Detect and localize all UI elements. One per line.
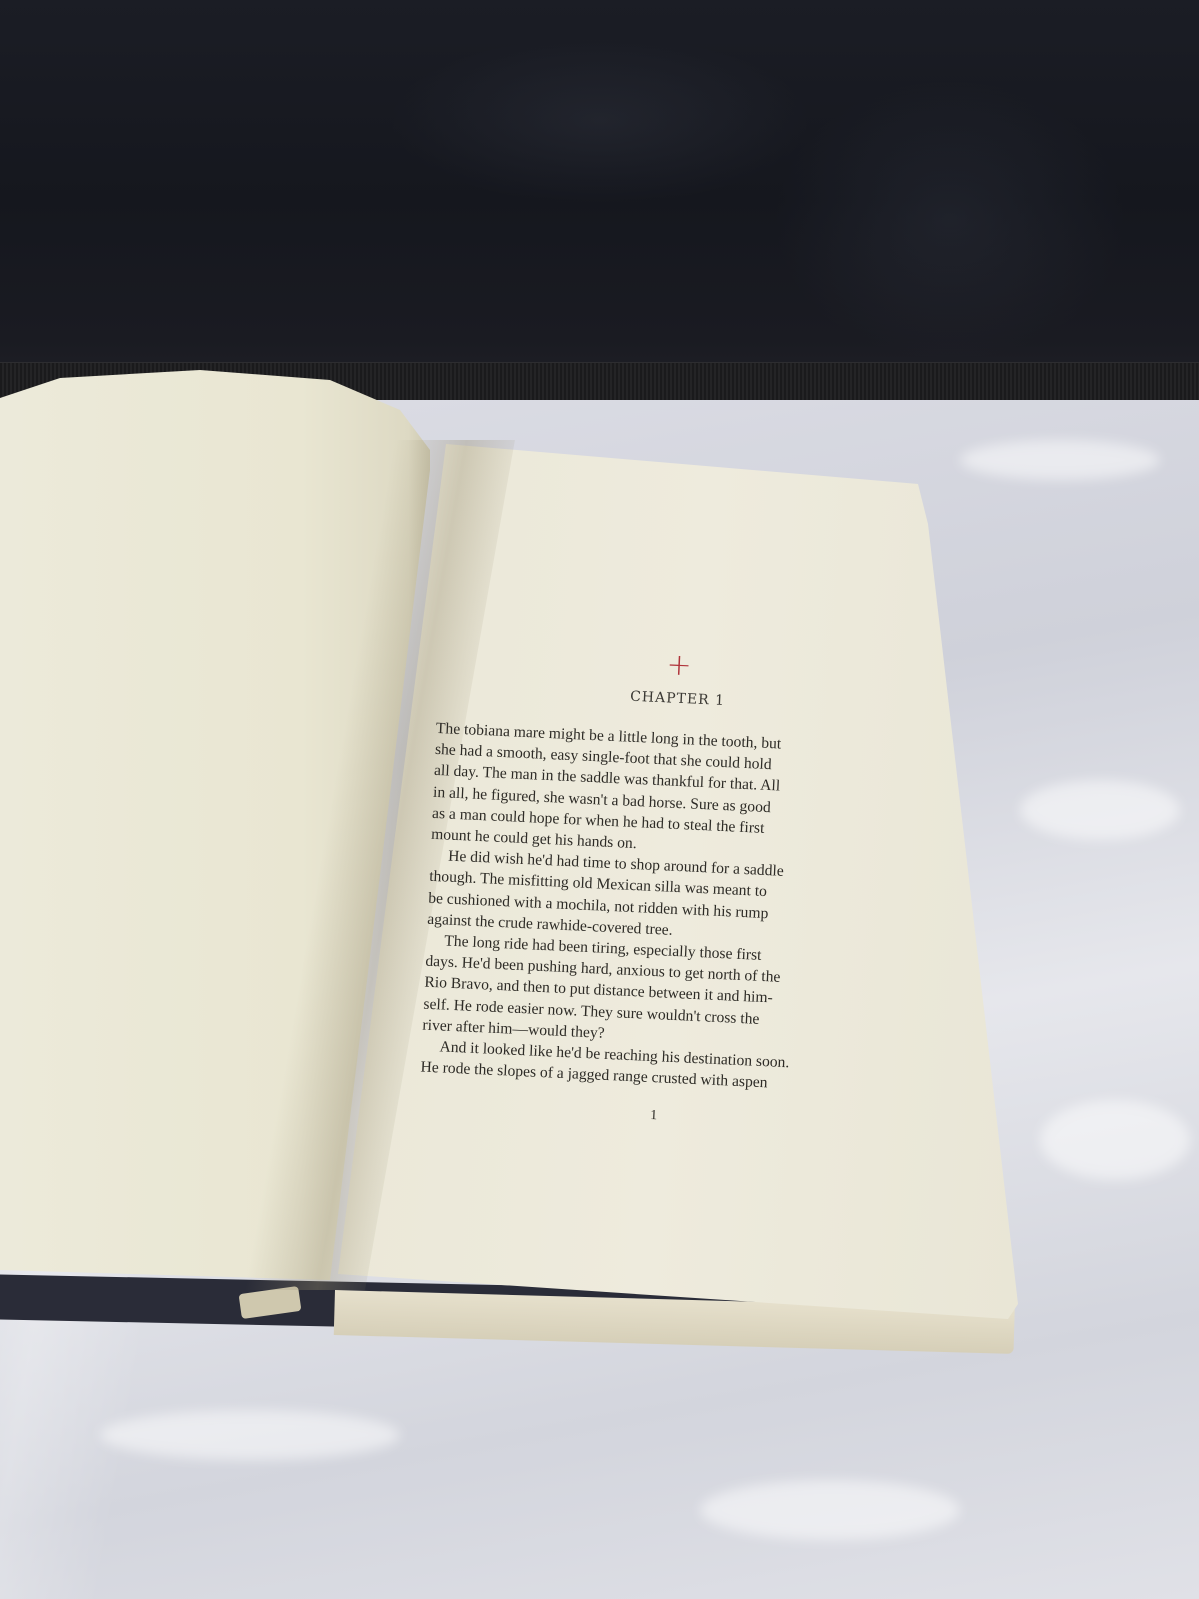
page-text-block: + CHAPTER 1 The tobiana mare might be a … <box>418 640 899 1135</box>
plastic-glare <box>700 1480 960 1540</box>
plastic-glare <box>1040 1100 1190 1180</box>
plastic-glare <box>1020 780 1180 840</box>
fabric-folds <box>0 0 1199 400</box>
chapter-body: The tobiana mare might be a little long … <box>420 718 896 1099</box>
plastic-glare <box>960 440 1160 480</box>
plastic-glare <box>100 1410 400 1460</box>
